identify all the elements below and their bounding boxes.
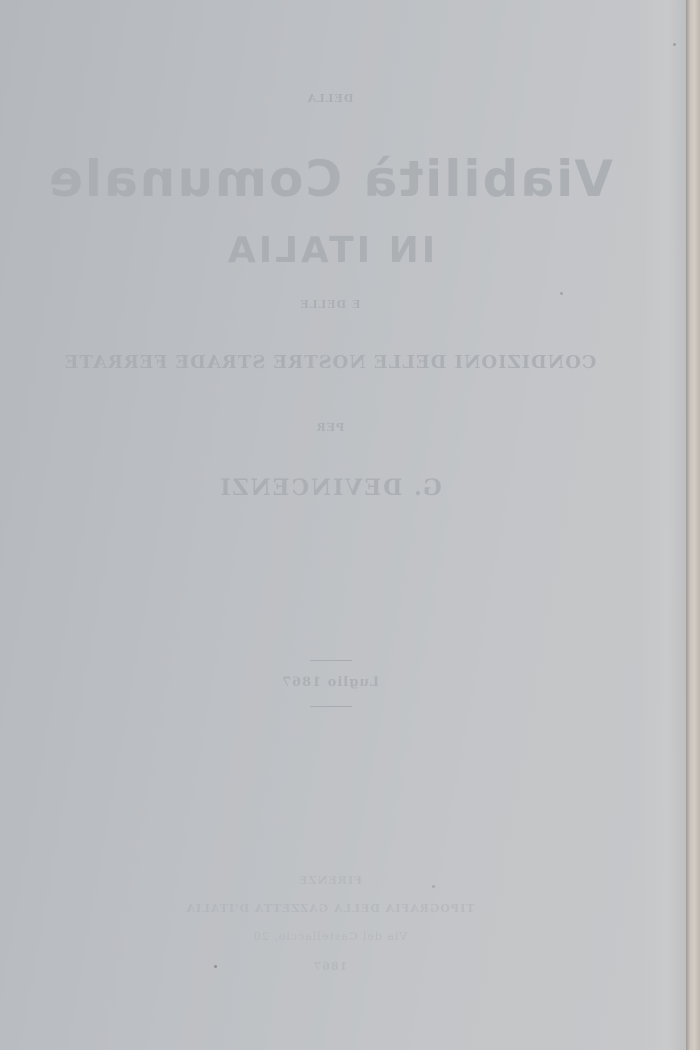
bleed-text-della: DELLA [0,92,660,105]
bleed-text-conj: E DELLE [0,298,660,311]
bleed-text-printer-sub: Via del Castellaccio, 20 [0,930,660,943]
book-page-edge [686,0,700,1050]
bleed-text-year: 1867 [0,960,660,973]
bleed-text-edition: Luglio 1867 [0,675,660,690]
paper-speck [214,965,217,968]
bleed-text-title: Viabilità Comunale [0,150,660,208]
rule-top [310,660,352,661]
bleed-text-author: G. DEVINCENZI [0,475,660,501]
bleed-text-place: FIRENZE [0,874,660,887]
bleed-text-condizioni: CONDIZIONI DELLE NOSTRE STRADE FERRATE [0,352,660,373]
rule-bottom [310,706,352,707]
book-page: DELLA Viabilità Comunale IN ITALIA E DEL… [0,0,688,1050]
paper-speck [673,43,676,46]
bleed-text-subtitle: IN ITALIA [0,230,660,271]
bleed-text-printer: TIPOGRAFIA DELLA GAZZETTA D'ITALIA [0,902,660,915]
paper-speck [432,885,435,888]
paper-speck [560,292,563,295]
bleed-text-per: PER [0,421,660,434]
